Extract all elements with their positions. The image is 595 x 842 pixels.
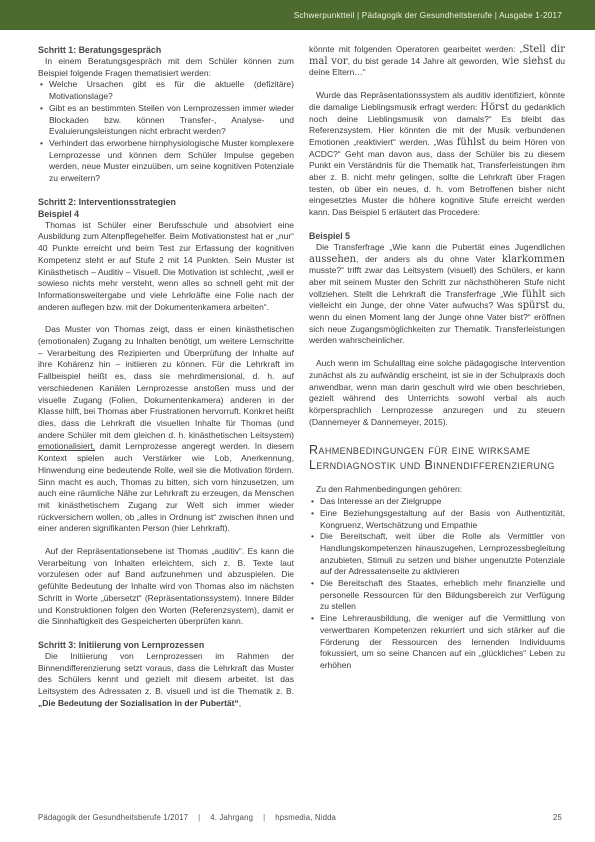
list-item: Die Bereitschaft des Staates, erheblich … [309,578,565,613]
text-segment: , der anders als du ohne Vater [356,254,502,264]
paragraph-muster: Das Muster von Thomas zeigt, dass er ein… [38,324,294,535]
heading-step3: Schritt 3: Initiierung von Lernprozessen [38,639,294,651]
question-list: Welche Ursachen gibt es für die aktuelle… [38,79,294,184]
left-column: Schritt 1: Beratungsgespräch In einem Be… [38,44,294,720]
text-segment: , du bist gerade 14 Jahre alt geworden, [348,56,502,66]
list-item: Die Bereitschaft, weit über die Rolle al… [309,531,565,578]
page-footer: Pädagogik der Gesundheitsberufe 1/2017 |… [38,813,562,822]
text-segment: , [239,698,241,708]
serif-phrase: Hörst [480,102,509,113]
text-segment: Die Transferfrage „Wie kann die Pubertät… [316,242,565,252]
list-item: Gibt es an bestimmten Stellen von Lernpr… [38,103,294,138]
text-segment: könnte mit folgenden Operatoren gearbeit… [309,44,523,54]
section-heading-rahmenbedingungen: Rahmenbedingungen für eine wirksame Lern… [309,443,565,473]
page-header-bar: Schwerpunktteil | Pädagogik der Gesundhe… [0,0,595,30]
footer-publisher: hpsmedia, Nidda [275,813,336,822]
heading-step2: Schritt 2: Interventionsstrategien [38,196,294,208]
running-head: Schwerpunktteil | Pädagogik der Gesundhe… [294,11,562,20]
list-item: Eine Lehrerausbildung, die weniger auf d… [309,613,565,672]
right-column: könnte mit folgenden Operatoren gearbeit… [309,44,565,720]
bold-phrase: „Die Bedeutung der Sozialisation in der … [38,698,239,708]
text-segment: du beim Hören von ACDC?“ Geht man davon … [309,137,565,217]
footer-journal: Pädagogik der Gesundheitsberufe 1/2017 [38,813,188,822]
footer-separator: | [263,813,265,822]
serif-phrase: fühlst [457,137,486,148]
list-item: Das Interesse an der Zielgruppe [309,496,565,508]
page-content: Schritt 1: Beratungsgespräch In einem Be… [38,44,565,720]
text-segment: damit Lernprozesse angeregt werden. In d… [38,441,294,533]
page-number: 25 [553,813,562,822]
heading-example5: Beispiel 5 [309,230,565,242]
heading-step1: Schritt 1: Beratungsgespräch [38,44,294,56]
paragraph-schulalltag: Auch wenn im Schulalltag eine solche päd… [309,358,565,428]
footer-separator: | [198,813,200,822]
serif-phrase: fühlt [522,289,546,300]
document-page: Schwerpunktteil | Pädagogik der Gesundhe… [0,0,595,842]
serif-phrase: aussehen [309,254,356,265]
footer-volume: 4. Jahrgang [210,813,253,822]
text-segment: Das Muster von Thomas zeigt, dass er ein… [38,324,294,439]
rahmenbedingungen-list: Das Interesse an der Zielgruppe Eine Bez… [309,496,565,672]
paragraph-intro: In einem Beratungsgespräch mit dem Schül… [38,56,294,79]
paragraph-auditiv: Wurde das Repräsentationssystem als audi… [309,90,565,219]
text-segment: Die Initiierung von Lernprozessen im Rah… [38,651,294,696]
underlined-word: emotionalisiert, [38,441,95,451]
paragraph-repraesentation: Auf der Repräsentationsebene ist Thomas … [38,546,294,628]
paragraph-step3: Die Initiierung von Lernprozessen im Rah… [38,651,294,710]
paragraph-example4: Thomas ist Schüler einer Berufsschule un… [38,220,294,314]
serif-phrase: spürst [518,300,550,311]
serif-phrase: wie siehst [502,56,553,67]
list-item: Eine Beziehungsgestaltung auf der Basis … [309,508,565,531]
serif-phrase: klarkommen [502,254,565,265]
list-item: Welche Ursachen gibt es für die aktuelle… [38,79,294,102]
paragraph-example5: Die Transferfrage „Wie kann die Pubertät… [309,242,565,347]
paragraph-operatoren: könnte mit folgenden Operatoren gearbeit… [309,44,565,79]
list-item: Verhindert das erworbene hirnphysiologis… [38,138,294,185]
paragraph-rahmen-intro: Zu den Rahmenbedingungen gehören: [309,484,565,496]
heading-example4: Beispiel 4 [38,208,294,220]
